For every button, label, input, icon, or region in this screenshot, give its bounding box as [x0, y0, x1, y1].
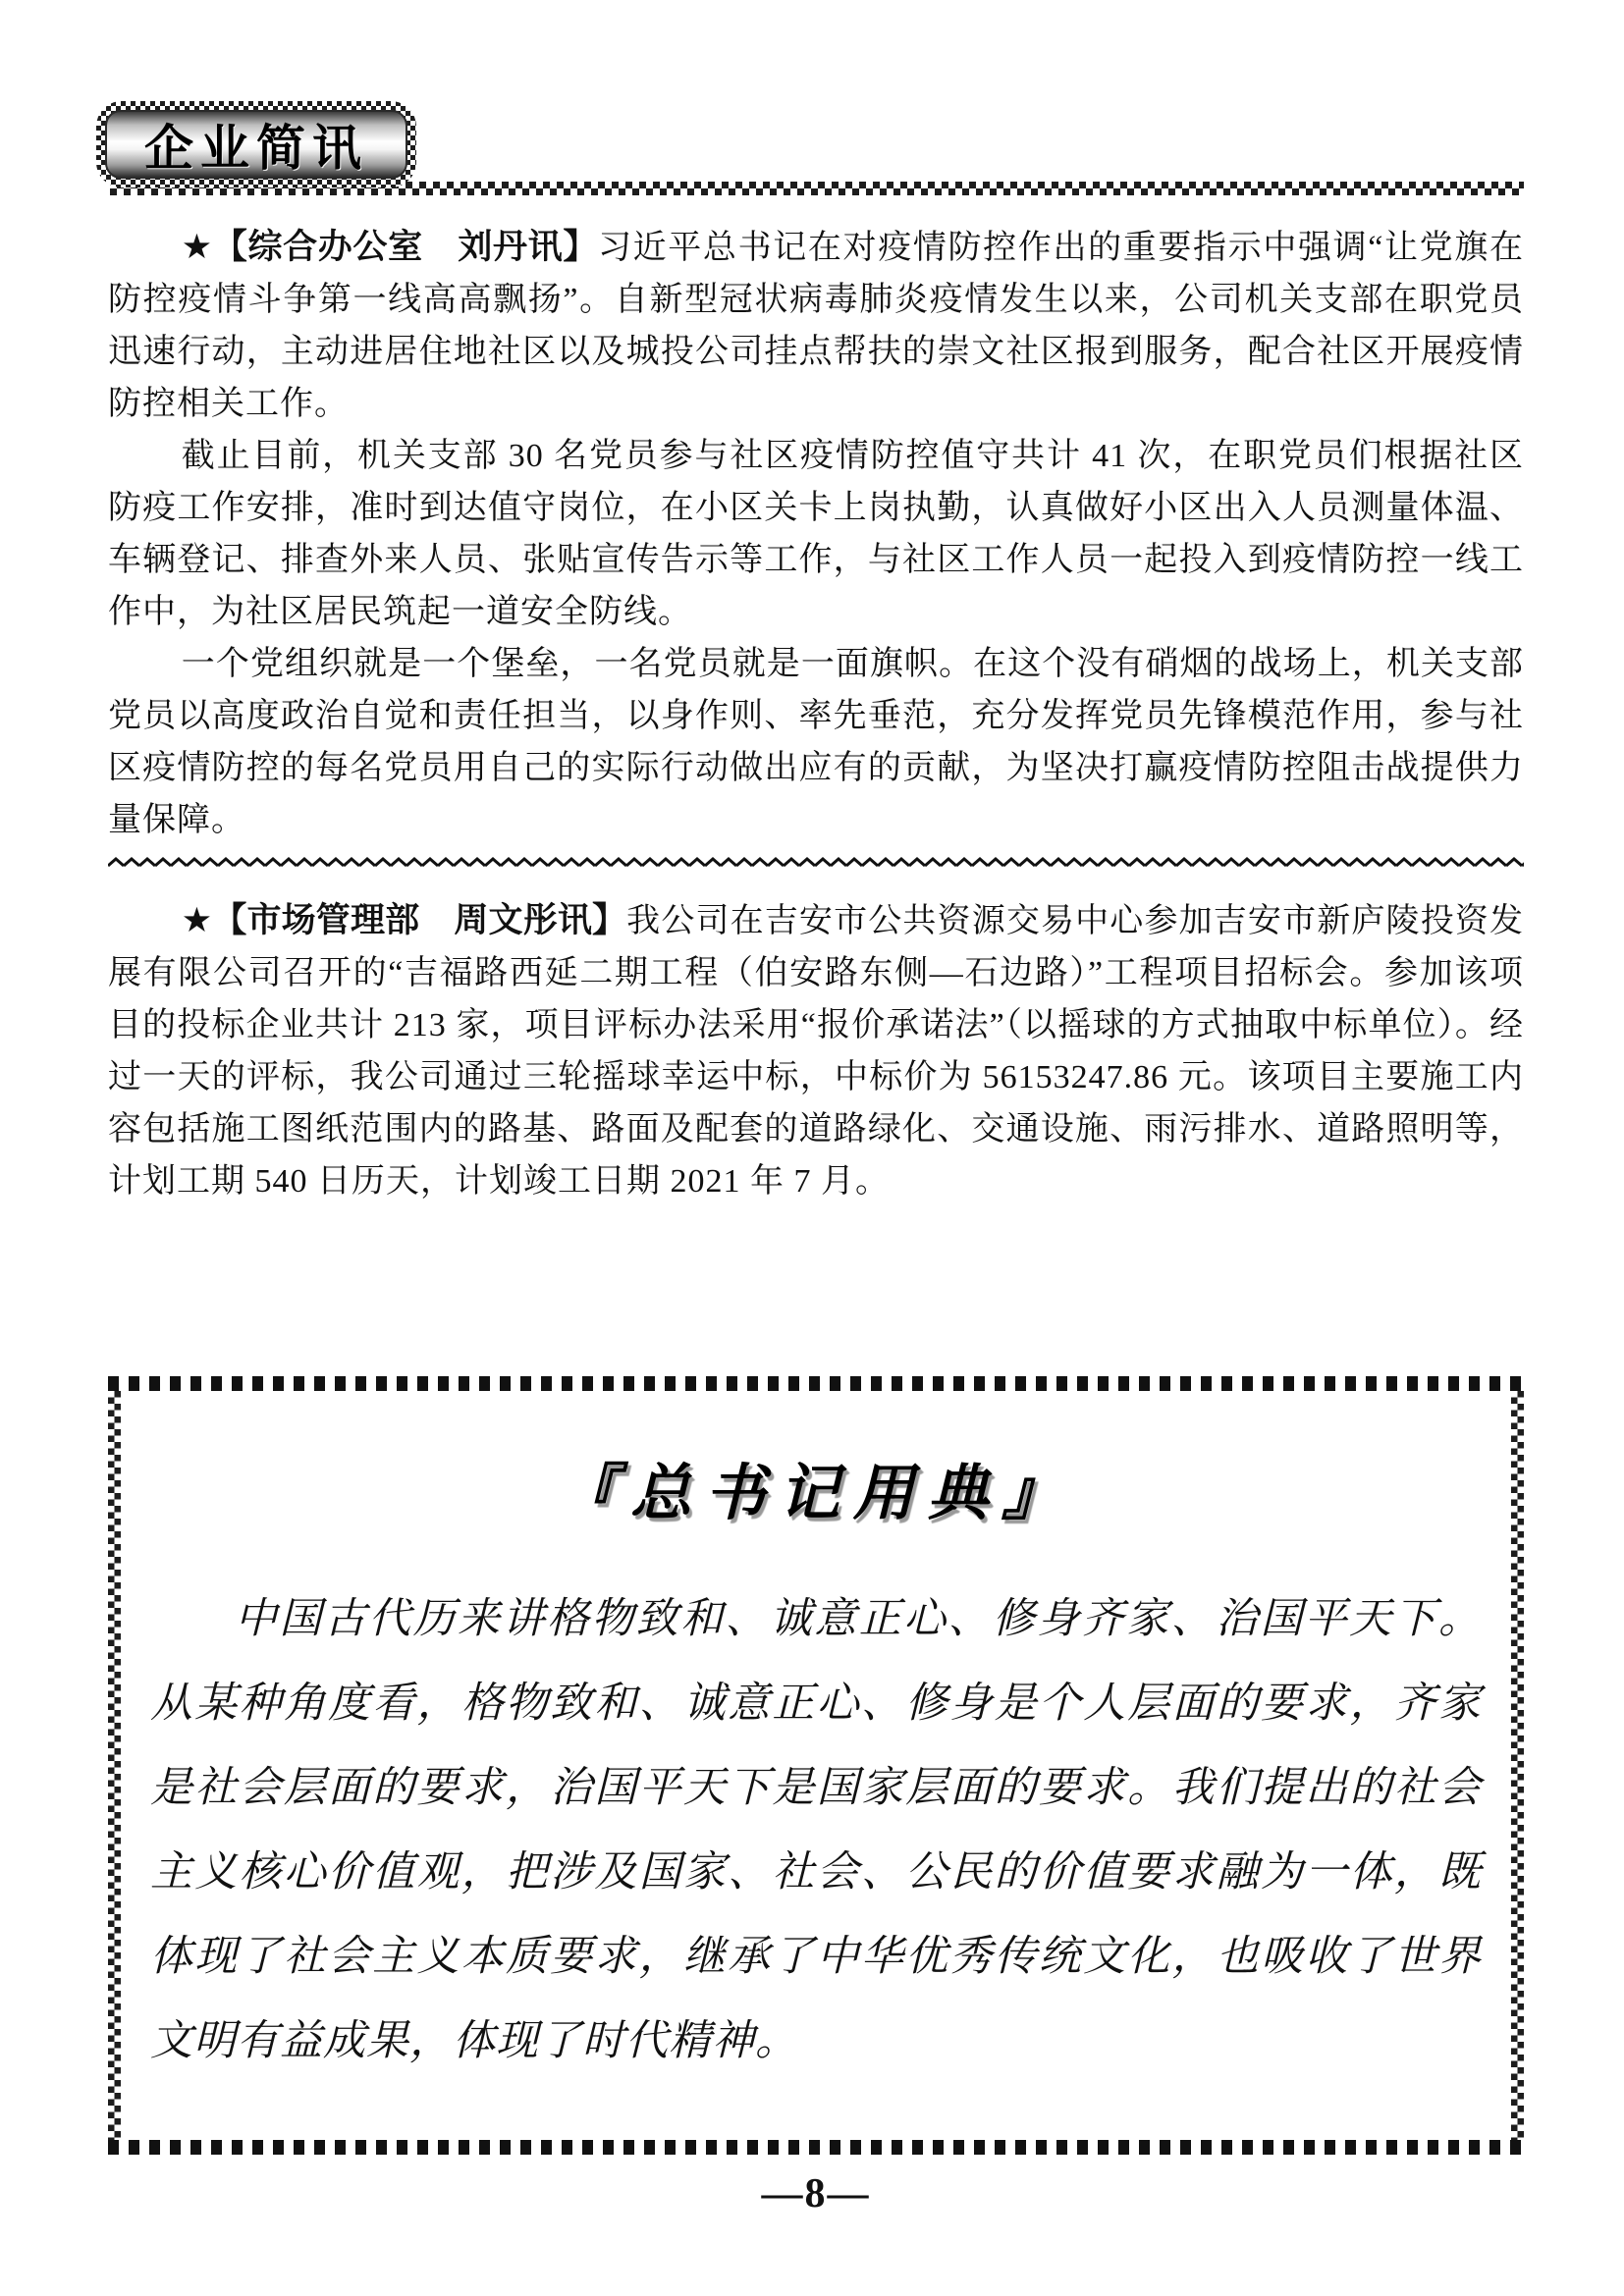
news-paragraph: 截止目前，机关支部 30 名党员参与社区疫情防控值守共计 41 次，在职党员们根… — [108, 430, 1524, 638]
quote-box: 『总书记用典』 中国古代历来讲格物致和、诚意正心、修身齐家、治国平天下。从某种角… — [108, 1376, 1524, 2155]
news-paragraph: ★【市场管理部 周文彤讯】我公司在吉安市公共资源交易中心参加吉安市新庐陵投资发展… — [108, 894, 1524, 1207]
quote-box-body: 中国古代历来讲格物致和、诚意正心、修身齐家、治国平天下。从某种角度看，格物致和、… — [150, 1576, 1482, 2083]
quote-box-border-right — [1511, 1391, 1524, 2140]
quote-box-title: 『总书记用典』 — [150, 1444, 1482, 1531]
news-source: ★【综合办公室 刘丹讯】 — [182, 228, 598, 266]
news-paragraph: 一个党组织就是一个堡垒，一名党员就是一面旗帜。在这个没有硝烟的战场上，机关支部党… — [108, 638, 1524, 846]
section-badge-frame: 企业简讯 — [96, 101, 416, 187]
newsletter-page: 企业简讯 ★【综合办公室 刘丹讯】习近平总书记在对疫情防控作出的重要指示中强调“… — [0, 0, 1624, 2296]
news-source: ★【市场管理部 周文彤讯】 — [182, 901, 626, 939]
quote-box-border-left — [108, 1391, 121, 2140]
zigzag-divider — [108, 856, 1524, 869]
masthead: 企业简讯 — [108, 103, 1524, 195]
quote-box-border-top — [108, 1376, 1524, 1391]
page-number: —8— — [108, 2170, 1524, 2217]
section-badge: 企业简讯 — [105, 110, 407, 179]
news-item-office: ★【综合办公室 刘丹讯】习近平总书记在对疫情防控作出的重要指示中强调“让党旗在防… — [108, 221, 1524, 846]
quote-box-content: 『总书记用典』 中国古代历来讲格物致和、诚意正心、修身齐家、治国平天下。从某种角… — [121, 1391, 1511, 2140]
quote-box-border-bottom — [108, 2140, 1524, 2155]
news-item-market: ★【市场管理部 周文彤讯】我公司在吉安市公共资源交易中心参加吉安市新庐陵投资发展… — [108, 894, 1524, 1207]
news-text: 我公司在吉安市公共资源交易中心参加吉安市新庐陵投资发展有限公司召开的“吉福路西延… — [108, 903, 1524, 1200]
news-paragraph: ★【综合办公室 刘丹讯】习近平总书记在对疫情防控作出的重要指示中强调“让党旗在防… — [108, 221, 1524, 430]
